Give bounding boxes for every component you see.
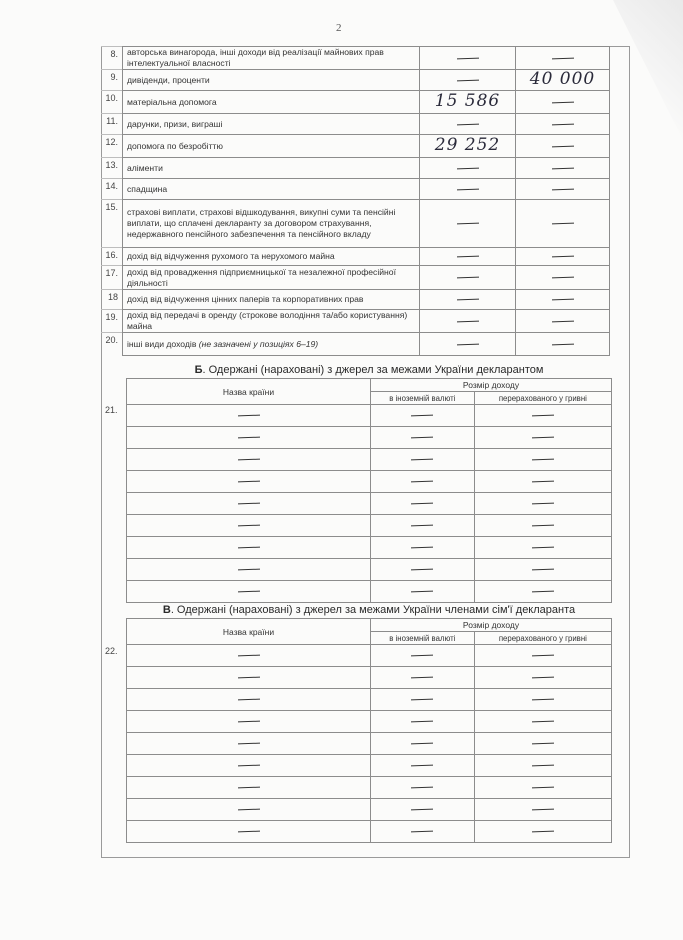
dash-mark [411, 742, 433, 744]
income-row: 18дохід від відчуження цінних паперів та… [101, 290, 636, 310]
dash-mark [411, 458, 433, 460]
foreign-currency-cell [371, 667, 475, 689]
country-row [127, 471, 612, 493]
country-row [127, 493, 612, 515]
country-cell [127, 449, 371, 471]
country-row [127, 559, 612, 581]
converted-uah-header: перерахованого у гривні [474, 632, 611, 645]
foreign-currency-cell [371, 821, 475, 843]
income-row: 20.інші види доходів (не зазначені у поз… [101, 333, 636, 356]
dash-mark [237, 436, 259, 438]
foreign-currency-cell [371, 449, 475, 471]
converted-uah-cell [474, 711, 611, 733]
converted-uah-cell [474, 777, 611, 799]
dash-mark [237, 458, 259, 460]
margin-cell [610, 158, 637, 179]
country-cell [127, 515, 371, 537]
dash-mark [237, 524, 259, 526]
income-row: 14.спадщина [101, 179, 636, 200]
country-cell [127, 689, 371, 711]
dash-mark [532, 436, 554, 438]
dash-mark [532, 654, 554, 656]
foreign-currency-cell [371, 515, 475, 537]
dash-mark [532, 720, 554, 722]
income-row: 16.дохід від відчуження рухомого та неру… [101, 248, 636, 266]
dash-mark [551, 167, 573, 169]
dash-mark [411, 436, 433, 438]
dash-mark [411, 764, 433, 766]
dash-mark [237, 764, 259, 766]
foreign-currency-cell [371, 471, 475, 493]
value-b-cell [516, 114, 610, 135]
value-b-cell [516, 179, 610, 200]
value-a-cell [420, 266, 516, 290]
dash-mark [532, 676, 554, 678]
converted-uah-cell [474, 733, 611, 755]
foreign-currency-cell [371, 427, 475, 449]
dash-mark [237, 502, 259, 504]
country-cell [127, 821, 371, 843]
dash-mark [456, 277, 478, 279]
dash-mark [551, 299, 573, 301]
foreign-currency-header: в іноземній валюті [371, 392, 475, 405]
country-cell [127, 493, 371, 515]
dash-mark [551, 123, 573, 125]
country-row [127, 733, 612, 755]
converted-uah-cell [474, 405, 611, 427]
value-b-cell [516, 290, 610, 310]
value-b-cell [516, 333, 610, 356]
dash-mark [411, 414, 433, 416]
country-row [127, 515, 612, 537]
income-row: 8.авторська винагорода, інші доходи від … [101, 47, 636, 70]
country-row [127, 581, 612, 603]
income-row: 10.матеріальна допомога15 586 [101, 91, 636, 114]
dash-mark [237, 568, 259, 570]
income-row: 11.дарунки, призи, виграші [101, 114, 636, 135]
foreign-currency-cell [371, 581, 475, 603]
dash-mark [532, 568, 554, 570]
country-row [127, 645, 612, 667]
section-b-table: Назва країни Розмір доходу в іноземній в… [126, 378, 612, 603]
country-cell [127, 755, 371, 777]
dash-mark [551, 320, 573, 322]
country-cell [127, 581, 371, 603]
dash-mark [532, 546, 554, 548]
converted-uah-cell [474, 471, 611, 493]
dash-mark [456, 343, 478, 345]
country-row [127, 755, 612, 777]
dash-mark [551, 256, 573, 258]
value-a-cell [420, 70, 516, 91]
value-a-cell [420, 200, 516, 248]
dash-mark [237, 808, 259, 810]
dash-mark [237, 546, 259, 548]
dash-mark [456, 188, 478, 190]
income-type-label: інші види доходів (не зазначені у позиці… [123, 333, 420, 356]
converted-uah-cell [474, 821, 611, 843]
dash-mark [411, 502, 433, 504]
foreign-currency-cell [371, 559, 475, 581]
dash-mark [456, 320, 478, 322]
handwritten-value: 15 586 [435, 91, 500, 111]
margin-cell [610, 290, 637, 310]
income-row: 12.допомога по безробіттю29 252 [101, 135, 636, 158]
country-row [127, 427, 612, 449]
foreign-currency-cell [371, 799, 475, 821]
converted-uah-cell [474, 515, 611, 537]
dash-mark [237, 590, 259, 592]
dash-mark [532, 742, 554, 744]
dash-mark [411, 480, 433, 482]
margin-cell [610, 135, 637, 158]
income-type-label: матеріальна допомога [123, 91, 420, 114]
dash-mark [411, 590, 433, 592]
converted-uah-cell [474, 755, 611, 777]
foreign-currency-cell [371, 493, 475, 515]
dash-mark [237, 830, 259, 832]
converted-uah-cell [474, 449, 611, 471]
dash-mark [411, 654, 433, 656]
country-cell [127, 471, 371, 493]
income-row: 15.страхові виплати, страхові відшкодува… [101, 200, 636, 248]
income-type-label: спадщина [123, 179, 420, 200]
section-v-row-number: 22. [105, 646, 118, 656]
row-number: 11. [101, 114, 123, 135]
dash-mark [411, 524, 433, 526]
row-number: 18 [101, 290, 123, 310]
converted-uah-cell [474, 581, 611, 603]
margin-cell [610, 310, 637, 333]
dash-mark [237, 720, 259, 722]
dash-mark [237, 698, 259, 700]
margin-cell [610, 266, 637, 290]
row-number: 19. [101, 310, 123, 333]
income-type-label: дохід від передачі в оренду (строкове во… [123, 310, 420, 333]
dash-mark [456, 167, 478, 169]
dash-mark [456, 223, 478, 225]
dash-mark [551, 223, 573, 225]
row-number: 9. [101, 70, 123, 91]
value-a-cell: 15 586 [420, 91, 516, 114]
dash-mark [532, 786, 554, 788]
dash-mark [411, 808, 433, 810]
value-a-cell [420, 248, 516, 266]
row-number: 14. [101, 179, 123, 200]
country-row [127, 667, 612, 689]
dash-mark [456, 57, 478, 59]
margin-cell [610, 248, 637, 266]
value-a-cell [420, 310, 516, 333]
dash-mark [551, 343, 573, 345]
dash-mark [532, 524, 554, 526]
country-row [127, 777, 612, 799]
value-b-cell [516, 310, 610, 333]
country-cell [127, 427, 371, 449]
country-cell [127, 537, 371, 559]
dash-mark [411, 830, 433, 832]
country-row [127, 799, 612, 821]
dash-mark [456, 299, 478, 301]
country-header: Назва країни [127, 619, 371, 645]
converted-uah-header: перерахованого у гривні [474, 392, 611, 405]
value-a-cell [420, 158, 516, 179]
country-cell [127, 711, 371, 733]
value-a-cell [420, 114, 516, 135]
income-type-label: дохід від відчуження цінних паперів та к… [123, 290, 420, 310]
income-row: 9.дивіденди, проценти40 000 [101, 70, 636, 91]
country-row [127, 689, 612, 711]
foreign-currency-cell [371, 777, 475, 799]
dash-mark [532, 590, 554, 592]
income-type-label: допомога по безробіттю [123, 135, 420, 158]
value-a-cell [420, 179, 516, 200]
country-row [127, 711, 612, 733]
income-type-label: дохід від відчуження рухомого та нерухом… [123, 248, 420, 266]
foreign-currency-header: в іноземній валюті [371, 632, 475, 645]
value-a-cell: 29 252 [420, 135, 516, 158]
income-table: 8.авторська винагорода, інші доходи від … [101, 46, 636, 356]
foreign-currency-cell [371, 711, 475, 733]
value-a-cell [420, 290, 516, 310]
value-b-cell [516, 248, 610, 266]
section-v-title: В. Одержані (нараховані) з джерел за меж… [126, 604, 612, 616]
page-number: 2 [336, 22, 342, 34]
label-note: (не зазначені у позиціях 6–19) [196, 339, 318, 349]
dash-mark [551, 101, 573, 103]
country-header: Назва країни [127, 379, 371, 405]
dash-mark [456, 256, 478, 258]
margin-cell [610, 179, 637, 200]
income-type-label: страхові виплати, страхові відшкодування… [123, 200, 420, 248]
margin-cell [610, 91, 637, 114]
income-type-label: авторська винагорода, інші доходи від ре… [123, 47, 420, 70]
country-row [127, 537, 612, 559]
income-row: 13.аліменти [101, 158, 636, 179]
foreign-currency-cell [371, 645, 475, 667]
country-row [127, 405, 612, 427]
value-a-cell [420, 47, 516, 70]
country-row [127, 821, 612, 843]
dash-mark [411, 720, 433, 722]
row-number: 13. [101, 158, 123, 179]
row-number: 17. [101, 266, 123, 290]
handwritten-value: 40 000 [530, 69, 595, 89]
country-cell [127, 405, 371, 427]
dash-mark [551, 57, 573, 59]
section-b-row-number: 21. [105, 405, 118, 415]
section-v-table: Назва країни Розмір доходу в іноземній в… [126, 618, 612, 843]
row-number: 12. [101, 135, 123, 158]
dash-mark [532, 414, 554, 416]
row-number: 20. [101, 333, 123, 356]
row-number: 8. [101, 47, 123, 70]
dash-mark [532, 502, 554, 504]
foreign-currency-cell [371, 733, 475, 755]
income-type-label: дарунки, призи, виграші [123, 114, 420, 135]
income-row: 19.дохід від передачі в оренду (строкове… [101, 310, 636, 333]
dash-mark [532, 698, 554, 700]
dash-mark [551, 188, 573, 190]
row-number: 16. [101, 248, 123, 266]
row-number: 10. [101, 91, 123, 114]
dash-mark [532, 764, 554, 766]
value-b-cell: 40 000 [516, 70, 610, 91]
foreign-currency-cell [371, 689, 475, 711]
dash-mark [237, 654, 259, 656]
country-cell [127, 645, 371, 667]
value-b-cell [516, 91, 610, 114]
margin-cell [610, 47, 637, 70]
dash-mark [551, 277, 573, 279]
margin-cell [610, 70, 637, 91]
foreign-currency-cell [371, 405, 475, 427]
country-row [127, 449, 612, 471]
dash-mark [411, 698, 433, 700]
income-row: 17.дохід від провадження підприємницької… [101, 266, 636, 290]
dash-mark [237, 480, 259, 482]
dash-mark [237, 414, 259, 416]
dash-mark [532, 808, 554, 810]
income-size-header: Розмір доходу [371, 619, 612, 632]
converted-uah-cell [474, 537, 611, 559]
country-cell [127, 733, 371, 755]
foreign-currency-cell [371, 537, 475, 559]
income-type-label: дивіденди, проценти [123, 70, 420, 91]
converted-uah-cell [474, 667, 611, 689]
dash-mark [411, 546, 433, 548]
dash-mark [532, 458, 554, 460]
country-cell [127, 667, 371, 689]
margin-cell [610, 200, 637, 248]
dash-mark [411, 568, 433, 570]
country-cell [127, 799, 371, 821]
value-a-cell [420, 333, 516, 356]
converted-uah-cell [474, 689, 611, 711]
margin-cell [610, 333, 637, 356]
margin-cell [610, 114, 637, 135]
dash-mark [456, 123, 478, 125]
income-type-label: дохід від провадження підприємницької та… [123, 266, 420, 290]
dash-mark [532, 830, 554, 832]
income-type-label: аліменти [123, 158, 420, 179]
value-b-cell [516, 266, 610, 290]
converted-uah-cell [474, 427, 611, 449]
converted-uah-cell [474, 799, 611, 821]
dash-mark [237, 786, 259, 788]
value-b-cell [516, 135, 610, 158]
income-size-header: Розмір доходу [371, 379, 612, 392]
value-b-cell [516, 47, 610, 70]
handwritten-value: 29 252 [435, 135, 500, 155]
dash-mark [411, 786, 433, 788]
dash-mark [456, 79, 478, 81]
converted-uah-cell [474, 493, 611, 515]
converted-uah-cell [474, 559, 611, 581]
foreign-currency-cell [371, 755, 475, 777]
dash-mark [237, 676, 259, 678]
value-b-cell [516, 200, 610, 248]
converted-uah-cell [474, 645, 611, 667]
country-cell [127, 777, 371, 799]
section-b-title: Б. Одержані (нараховані) з джерел за меж… [126, 364, 612, 376]
dash-mark [411, 676, 433, 678]
row-number: 15. [101, 200, 123, 248]
dash-mark [532, 480, 554, 482]
value-b-cell [516, 158, 610, 179]
dash-mark [237, 742, 259, 744]
country-cell [127, 559, 371, 581]
dash-mark [551, 145, 573, 147]
